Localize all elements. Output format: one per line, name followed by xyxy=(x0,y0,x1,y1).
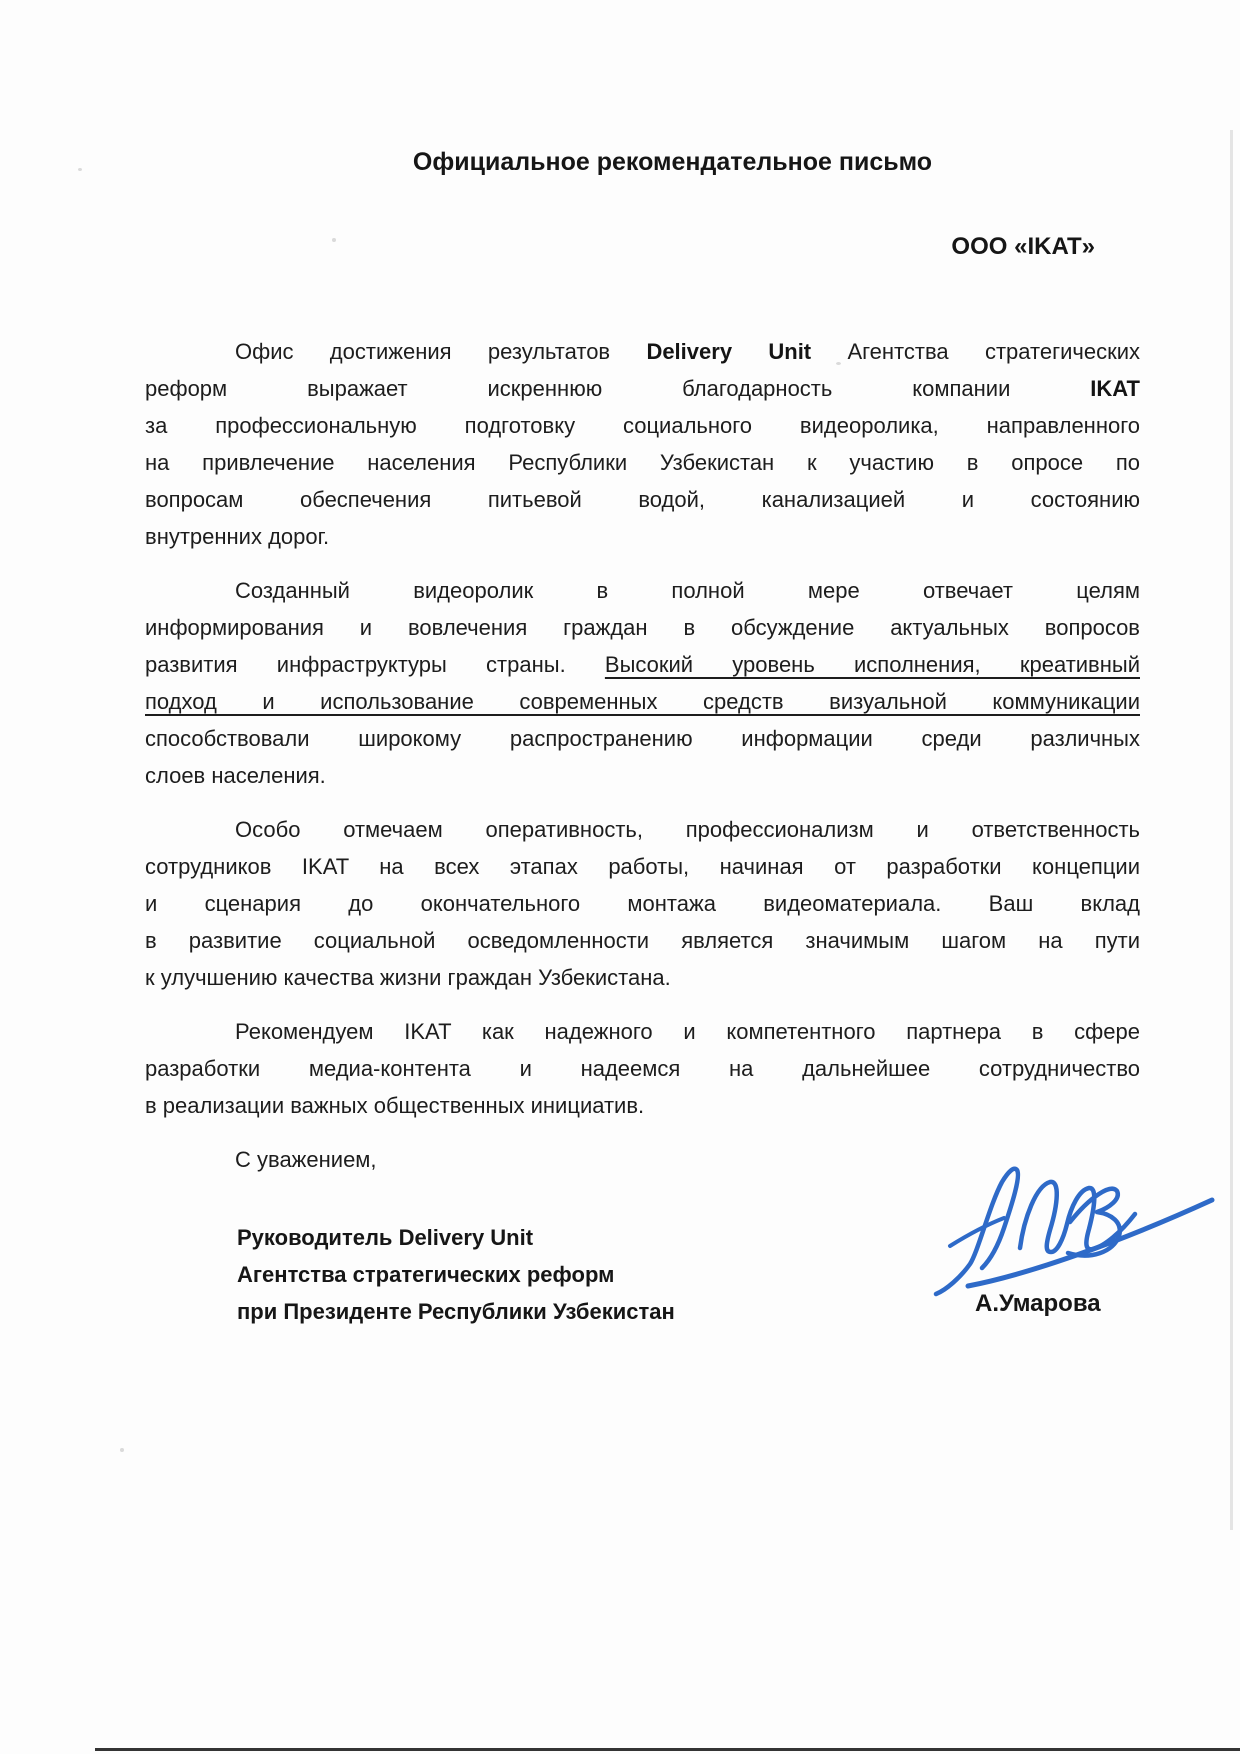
signature-ink xyxy=(920,1152,1235,1302)
recipient-company: ООО «IKAT» xyxy=(145,232,1140,262)
text-line: Офис достижения результатов Delivery Uni… xyxy=(145,333,1140,370)
text-line: развития инфраструктуры страны. Высокий … xyxy=(145,646,1140,683)
text-line: реформ выражает искреннюю благодарность … xyxy=(145,370,1140,407)
text-line: способствовали широкому распространению … xyxy=(145,720,1140,757)
text-line: внутренних дорог. xyxy=(145,518,1140,555)
text-line: Созданный видеоролик в полной мере отвеч… xyxy=(145,572,1140,609)
paragraph: Офис достижения результатов Delivery Uni… xyxy=(145,333,1140,555)
letter-body: Офис достижения результатов Delivery Uni… xyxy=(145,333,1140,1124)
scan-speck xyxy=(78,168,82,171)
text-line: за профессиональную подготовку социально… xyxy=(145,407,1140,444)
text-line: информирования и вовлечения граждан в об… xyxy=(145,609,1140,646)
text-line: на привлечение населения Республики Узбе… xyxy=(145,444,1140,481)
scan-speck xyxy=(120,1448,124,1452)
text-line: в развитие социальной осведомленности яв… xyxy=(145,922,1140,959)
text-line: сотрудников IKAT на всех этапах работы, … xyxy=(145,848,1140,885)
letter-title: Официальное рекомендательное письмо xyxy=(145,146,1140,178)
paragraph: Созданный видеоролик в полной мере отвеч… xyxy=(145,572,1140,794)
paragraph: Рекомендуем IKAT как надежного и компете… xyxy=(145,1013,1140,1124)
text-line: и сценария до окончательного монтажа вид… xyxy=(145,885,1140,922)
text-line: Особо отмечаем оперативность, профессион… xyxy=(145,811,1140,848)
text-line: к улучшению качества жизни граждан Узбек… xyxy=(145,959,1140,996)
text-line: в реализации важных общественных инициат… xyxy=(145,1087,1140,1124)
signature-area: А.Умарова xyxy=(920,1152,1235,1332)
text-line: слоев населения. xyxy=(145,757,1140,794)
text-line: подход и использование современных средс… xyxy=(145,683,1140,720)
text-line: вопросам обеспечения питьевой водой, кан… xyxy=(145,481,1140,518)
scanned-letter-page: Официальное рекомендательное письмо ООО … xyxy=(0,0,1240,1754)
signer-name: А.Умарова xyxy=(975,1290,1101,1318)
scan-speck xyxy=(836,362,841,365)
text-line: разработки медиа-контента и надеемся на … xyxy=(145,1050,1140,1087)
paragraph: Особо отмечаем оперативность, профессион… xyxy=(145,811,1140,996)
scan-speck xyxy=(332,238,336,242)
scan-bottom-line xyxy=(95,1748,1240,1751)
text-line: Рекомендуем IKAT как надежного и компете… xyxy=(145,1013,1140,1050)
scan-edge-line xyxy=(1230,130,1233,1530)
